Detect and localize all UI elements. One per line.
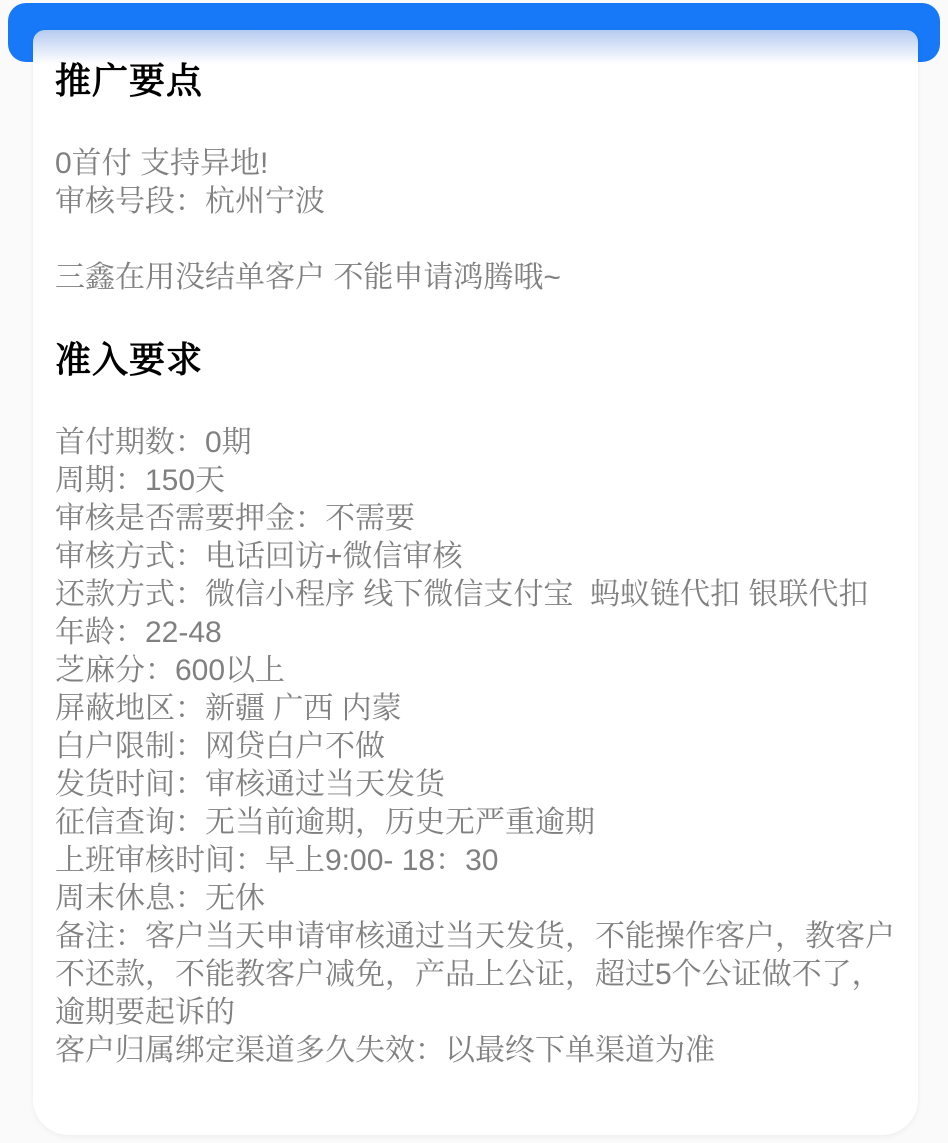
req-line-channel-binding: 客户归属绑定渠道多久失效：以最终下单渠道为准 (55, 1032, 904, 1070)
req-line-review-method: 审核方式：电话回访+微信审核 (55, 538, 904, 576)
promo-line-sanxin-note: 三鑫在用没结单客户 不能申请鸿腾哦~ (55, 259, 904, 297)
req-line-repayment-method: 还款方式：微信小程序 线下微信支付宝 蚂蚁链代扣 银联代扣 (55, 576, 904, 614)
content-card: 推广要点 0首付 支持异地! 审核号段：杭州宁波 三鑫在用没结单客户 不能申请鸿… (33, 30, 918, 1135)
promo-line-blank (55, 221, 904, 259)
req-line-weekend: 周末休息：无休 (55, 880, 904, 918)
section-access-requirements: 准入要求 首付期数：0期 周期：150天 审核是否需要押金：不需要 审核方式：电… (55, 339, 904, 1070)
req-line-credit-check: 征信查询：无当前逾期，历史无严重逾期 (55, 804, 904, 842)
access-requirements-body: 首付期数：0期 周期：150天 审核是否需要押金：不需要 审核方式：电话回访+微… (55, 424, 904, 1070)
req-line-shipping-time: 发货时间：审核通过当天发货 (55, 766, 904, 804)
promo-line-review-regions: 审核号段：杭州宁波 (55, 183, 904, 221)
req-line-deposit: 审核是否需要押金：不需要 (55, 500, 904, 538)
section-promotion-points: 推广要点 0首付 支持异地! 审核号段：杭州宁波 三鑫在用没结单客户 不能申请鸿… (55, 60, 904, 297)
req-line-working-hours: 上班审核时间：早上9:00- 18：30 (55, 842, 904, 880)
promotion-points-title: 推广要点 (55, 60, 904, 101)
req-line-age: 年龄：22-48 (55, 614, 904, 652)
promo-line-down-payment: 0首付 支持异地! (55, 145, 904, 183)
req-line-cycle: 周期：150天 (55, 462, 904, 500)
req-line-blank-account-limit: 白户限制：网贷白户不做 (55, 728, 904, 766)
promotion-points-body: 0首付 支持异地! 审核号段：杭州宁波 三鑫在用没结单客户 不能申请鸿腾哦~ (55, 145, 904, 297)
req-line-zhima-score: 芝麻分：600以上 (55, 652, 904, 690)
req-line-blocked-regions: 屏蔽地区：新疆 广西 内蒙 (55, 690, 904, 728)
req-line-remarks: 备注：客户当天申请审核通过当天发货，不能操作客户，教客户不还款，不能教客户减免，… (55, 918, 904, 1032)
access-requirements-title: 准入要求 (55, 339, 904, 380)
req-line-down-payment-periods: 首付期数：0期 (55, 424, 904, 462)
